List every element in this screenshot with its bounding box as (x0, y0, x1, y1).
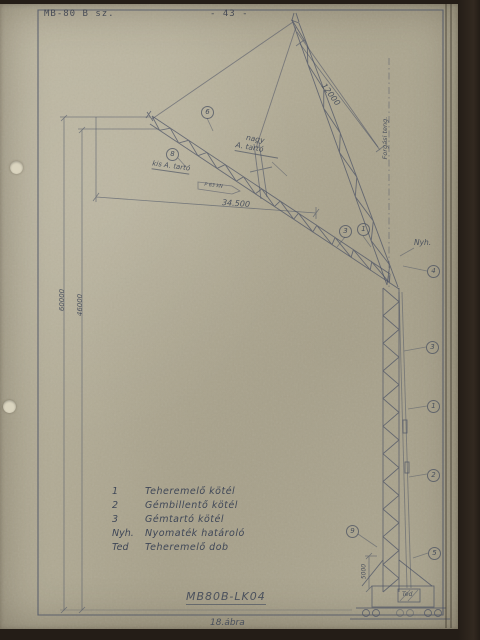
legend-row: 1 Teheremelő kötél (112, 486, 245, 500)
legend-label: Gémtartó kötél (145, 514, 224, 525)
callout-4: 4 (427, 265, 440, 278)
callout-6: 6 (201, 106, 214, 119)
dim-base-height-label: 5000 (361, 557, 368, 587)
legend-row: Ted Teheremelő dob (112, 542, 245, 556)
callout-5: 5 (428, 547, 441, 560)
page-edge-lines (446, 4, 451, 628)
legend-label: Gémbillentő kötél (145, 500, 238, 511)
legend-key: Nyh. (112, 528, 145, 539)
dim-ext-top (60, 117, 158, 129)
page-number: - 43 - (210, 9, 249, 19)
scanned-drawing-photo: MB-80 B sz. - 43 - 12000 60000 46000 34.… (0, 0, 480, 640)
legend-key: 1 (112, 486, 145, 497)
base-legs (362, 560, 432, 586)
hole-punch-top (10, 161, 23, 174)
callout-2: 2 (427, 469, 440, 482)
legend-key: 2 (112, 500, 145, 511)
callout-3: 3 (426, 341, 439, 354)
callout-1: 1 (427, 400, 440, 413)
legend-row: 2 Gémbillentő kötél (112, 500, 245, 514)
photo-edge-right (458, 0, 480, 640)
callout-jib-rope-1: 1 (357, 223, 370, 236)
dim-jib-length-label: 34.500 (222, 198, 251, 209)
tower-lattice (383, 288, 399, 592)
dim-total-height-label: 60000 (58, 280, 66, 320)
rotation-axis-label: Forgási teng. (381, 98, 389, 178)
legend-key: Ted (112, 542, 145, 553)
legend-key: 3 (112, 514, 145, 525)
dim-jib-length-line (93, 117, 319, 219)
hoist-drum-label: Ted (402, 591, 412, 598)
jib-tip-detail (146, 111, 153, 121)
legend-row: Nyh. Nyomaték határoló (112, 528, 245, 542)
legend-row: 3 Gémtartó kötél (112, 514, 245, 528)
doc-reference: MB-80 B sz. (44, 9, 115, 19)
dim-total-height-line (61, 115, 67, 613)
dim-hook-height-line (79, 127, 85, 613)
callout-8: 8 (166, 148, 179, 161)
callout-jib-rope-3: 3 (339, 225, 352, 238)
tower-ropes (399, 292, 411, 588)
moment-limiter-label: Nyh. (414, 238, 431, 247)
drawing-number: MB80B-LK04 (186, 590, 266, 605)
callout-9: 9 (346, 525, 359, 538)
legend: 1 Teheremelő kötél 2 Gémbillentő kötél 3… (112, 486, 245, 556)
legend-label: Teheremelő dob (145, 542, 229, 553)
photo-edge-bottom (0, 629, 480, 640)
legend-label: Teheremelő kötél (145, 486, 235, 497)
legend-label: Nyomaték határoló (145, 528, 245, 539)
dim-hook-height-label: 46000 (76, 285, 84, 325)
figure-caption: 18.ábra (210, 618, 245, 628)
pendant-ropes (152, 22, 378, 148)
hole-punch-bottom (3, 400, 16, 413)
photo-edge-top (0, 0, 480, 4)
